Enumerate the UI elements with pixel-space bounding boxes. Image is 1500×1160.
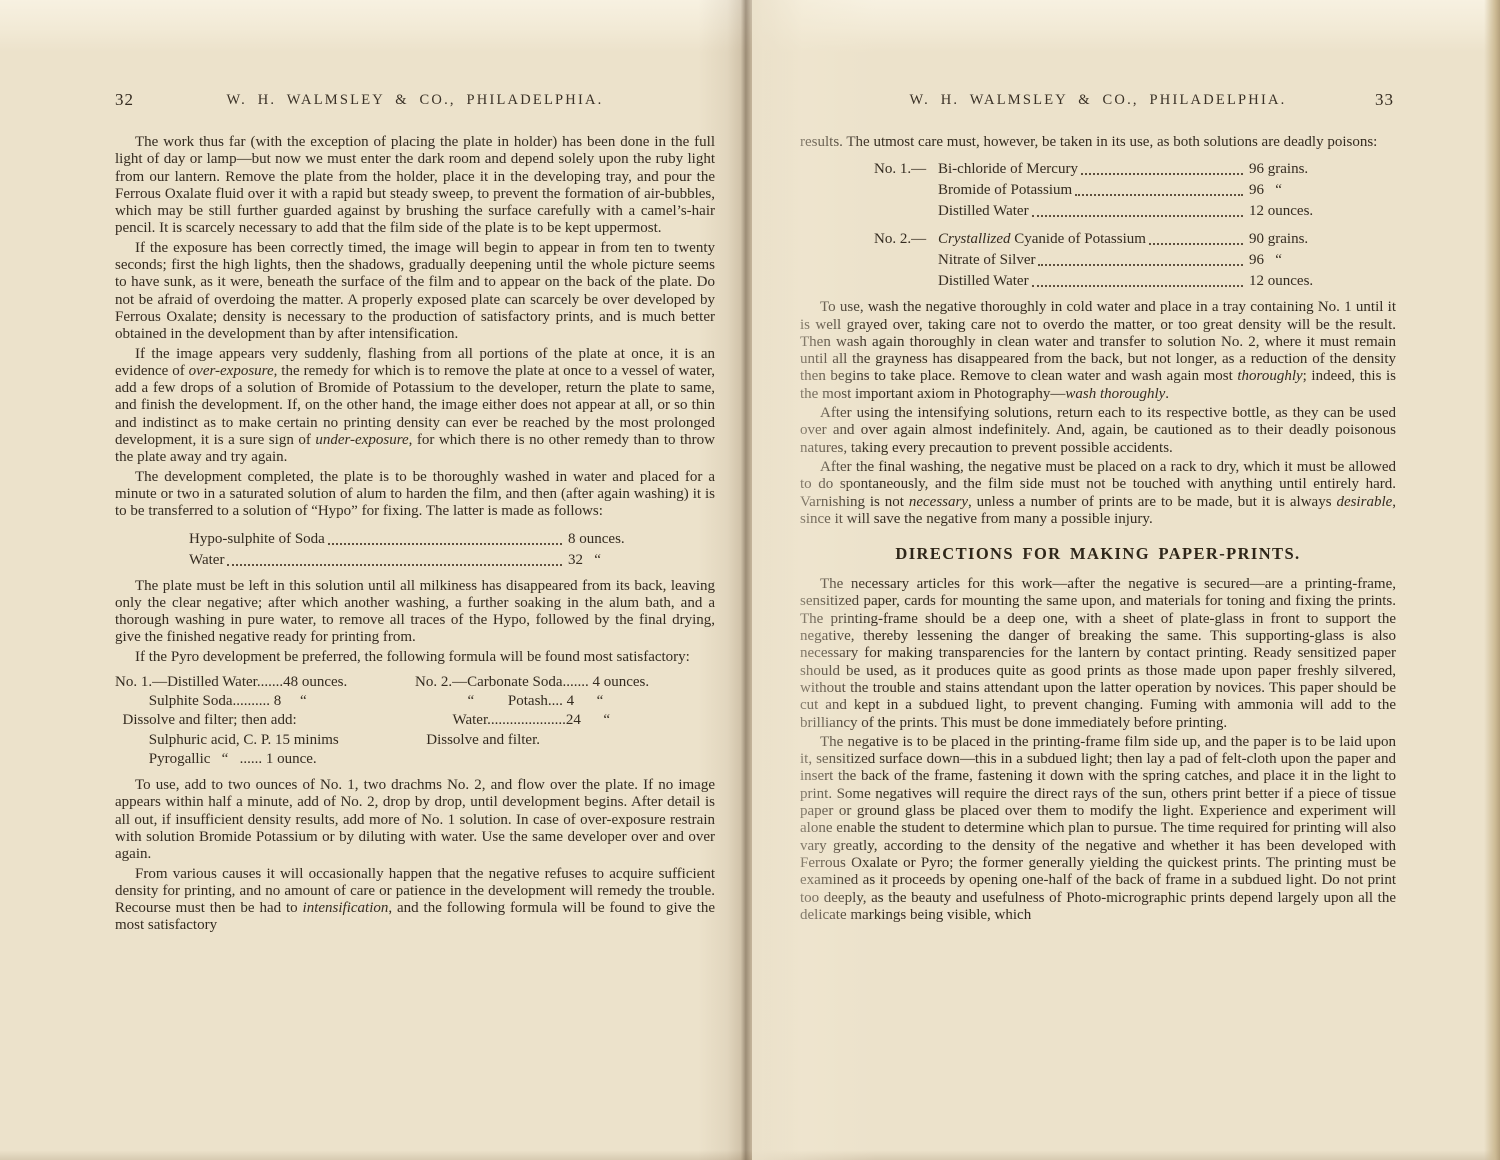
paragraph: The necessary articles for this work—aft…: [800, 576, 1396, 732]
formula-col-1: No. 1.—Distilled Water.......48 ounces. …: [115, 673, 415, 769]
paragraph: If the Pyro development be preferred, th…: [115, 649, 715, 666]
page-number: 33: [1375, 90, 1394, 110]
dot-leader: [1032, 285, 1243, 287]
dot-leader: [1081, 173, 1243, 175]
recipe-label: Distilled Water: [938, 201, 1029, 221]
paragraph: To use, add to two ounces of No. 1, two …: [115, 777, 715, 863]
recipe-row: No. 1.—Bi-chloride of Mercury96 grains.: [874, 159, 1344, 179]
recipe-label: Hypo-sulphite of Soda: [189, 529, 325, 549]
dot-leader: [1038, 264, 1243, 266]
page-32: 32 W. H. WALMSLEY & CO., PHILADELPHIA. T…: [0, 0, 750, 1160]
recipe-row: Distilled Water12 ounces.: [874, 271, 1344, 291]
recipe-row: Water32 “: [189, 550, 663, 570]
paragraph: The development completed, the plate is …: [115, 469, 715, 521]
dot-leader: [328, 543, 562, 545]
section-heading: DIRECTIONS FOR MAKING PAPER-PRINTS.: [800, 544, 1396, 564]
recipe-row: Bromide of Potassium96 “: [874, 180, 1344, 200]
formula-line: Dissolve and filter; then add:: [115, 711, 415, 730]
recipe-label: Nitrate of Silver: [938, 250, 1035, 270]
page-32-header: 32 W. H. WALMSLEY & CO., PHILADELPHIA.: [115, 92, 715, 120]
paragraph: After the final washing, the negative mu…: [800, 459, 1396, 528]
recipe-row: No. 2.—Crystallized Cyanide of Potassium…: [874, 229, 1344, 249]
recipe-table: No. 2.—Crystallized Cyanide of Potassium…: [874, 229, 1344, 291]
page-32-body: The work thus far (with the exception of…: [115, 134, 715, 935]
recipe-prefix: No. 2.—: [874, 229, 938, 249]
paragraph: If the image appears very suddenly, flas…: [115, 346, 715, 467]
formula-line: “ Potash.... 4 “: [415, 692, 715, 711]
recipe-row: Nitrate of Silver96 “: [874, 250, 1344, 270]
recipe-label: Bi-chloride of Mercury: [938, 159, 1078, 179]
running-head: W. H. WALMSLEY & CO., PHILADELPHIA.: [800, 92, 1396, 109]
paragraph: After using the intensifying solutions, …: [800, 405, 1396, 457]
recipe-label: Crystallized Cyanide of Potassium: [938, 229, 1146, 249]
page-32-content: 32 W. H. WALMSLEY & CO., PHILADELPHIA. T…: [115, 92, 715, 937]
dot-leader: [1032, 215, 1243, 217]
dot-leader: [227, 564, 562, 566]
formula-line: No. 2.—Carbonate Soda....... 4 ounces.: [415, 673, 715, 692]
recipe-row: Hypo-sulphite of Soda8 ounces.: [189, 529, 663, 549]
recipe-value: 96 “: [1249, 250, 1344, 270]
paragraph: If the exposure has been correctly timed…: [115, 240, 715, 344]
paragraph: From various causes it will occasionally…: [115, 866, 715, 935]
page-33-header: W. H. WALMSLEY & CO., PHILADELPHIA. 33: [800, 92, 1396, 120]
dot-leader: [1149, 243, 1243, 245]
paragraph: To use, wash the negative thoroughly in …: [800, 299, 1396, 403]
paragraph: The plate must be left in this solution …: [115, 578, 715, 647]
recipe-value: 96 “: [1249, 180, 1344, 200]
formula-line: Water.....................24 “: [415, 711, 715, 730]
recipe-table: Hypo-sulphite of Soda8 ounces.Water32 “: [189, 529, 663, 570]
formula-columns: No. 1.—Distilled Water.......48 ounces. …: [115, 673, 715, 769]
recipe-prefix: No. 1.—: [874, 159, 938, 179]
running-head: W. H. WALMSLEY & CO., PHILADELPHIA.: [115, 92, 715, 109]
paragraph: results. The utmost care must, however, …: [800, 134, 1396, 151]
paragraph: The negative is to be placed in the prin…: [800, 734, 1396, 924]
formula-line: Sulphuric acid, C. P. 15 minims: [115, 731, 415, 750]
formula-col-2: No. 2.—Carbonate Soda....... 4 ounces. “…: [415, 673, 715, 769]
recipe-value: 12 ounces.: [1249, 201, 1344, 221]
recipe-value: 32 “: [568, 550, 663, 570]
recipe-label: Distilled Water: [938, 271, 1029, 291]
recipe-value: 8 ounces.: [568, 529, 663, 549]
formula-line: Dissolve and filter.: [415, 731, 715, 750]
book-spread: 32 W. H. WALMSLEY & CO., PHILADELPHIA. T…: [0, 0, 1500, 1160]
page-33-content: W. H. WALMSLEY & CO., PHILADELPHIA. 33 r…: [800, 92, 1396, 926]
recipe-value: 96 grains.: [1249, 159, 1344, 179]
recipe-table: No. 1.—Bi-chloride of Mercury96 grains.B…: [874, 159, 1344, 221]
recipe-label: Bromide of Potassium: [938, 180, 1072, 200]
dot-leader: [1075, 194, 1243, 196]
recipe-row: Distilled Water12 ounces.: [874, 201, 1344, 221]
recipe-value: 90 grains.: [1249, 229, 1344, 249]
formula-line: Sulphite Soda.......... 8 “: [115, 692, 415, 711]
paragraph: The work thus far (with the exception of…: [115, 134, 715, 238]
page-number: 32: [115, 90, 134, 110]
formula-line: Pyrogallic “ ...... 1 ounce.: [115, 750, 415, 769]
page-33: W. H. WALMSLEY & CO., PHILADELPHIA. 33 r…: [750, 0, 1500, 1160]
recipe-label: Water: [189, 550, 224, 570]
formula-line: No. 1.—Distilled Water.......48 ounces.: [115, 673, 415, 692]
recipe-value: 12 ounces.: [1249, 271, 1344, 291]
page-33-body: results. The utmost care must, however, …: [800, 134, 1396, 924]
